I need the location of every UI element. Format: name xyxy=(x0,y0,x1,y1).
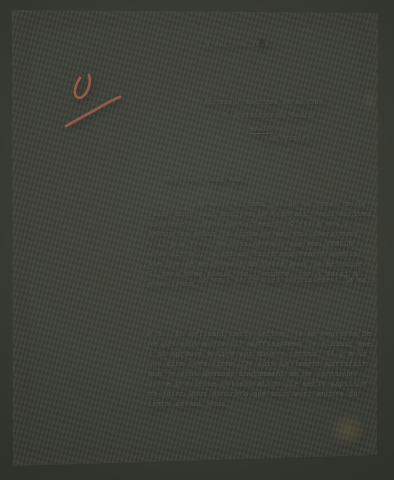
recipient-name: Monsieur Georges de KEYSER xyxy=(205,98,323,108)
recipient-country: (Belgique) xyxy=(265,134,311,144)
postscript-paragraph: P.S.- En relisant cette lettre, je me re… xyxy=(148,330,371,410)
ink-smudge xyxy=(257,36,267,48)
handwritten-red-mark xyxy=(53,66,125,134)
paper-stain xyxy=(322,408,374,452)
paper-stain xyxy=(358,83,380,117)
salutation: Mon cher Camarade, xyxy=(165,175,247,185)
closing-line: Je vous serre bien cordialement la main. xyxy=(198,276,380,286)
recipient-street: 7, ruisseau du Godru xyxy=(222,111,313,121)
scanned-letter-page: 9 Juillet 1935 Monsieur Georges de KEYSE… xyxy=(10,8,380,468)
